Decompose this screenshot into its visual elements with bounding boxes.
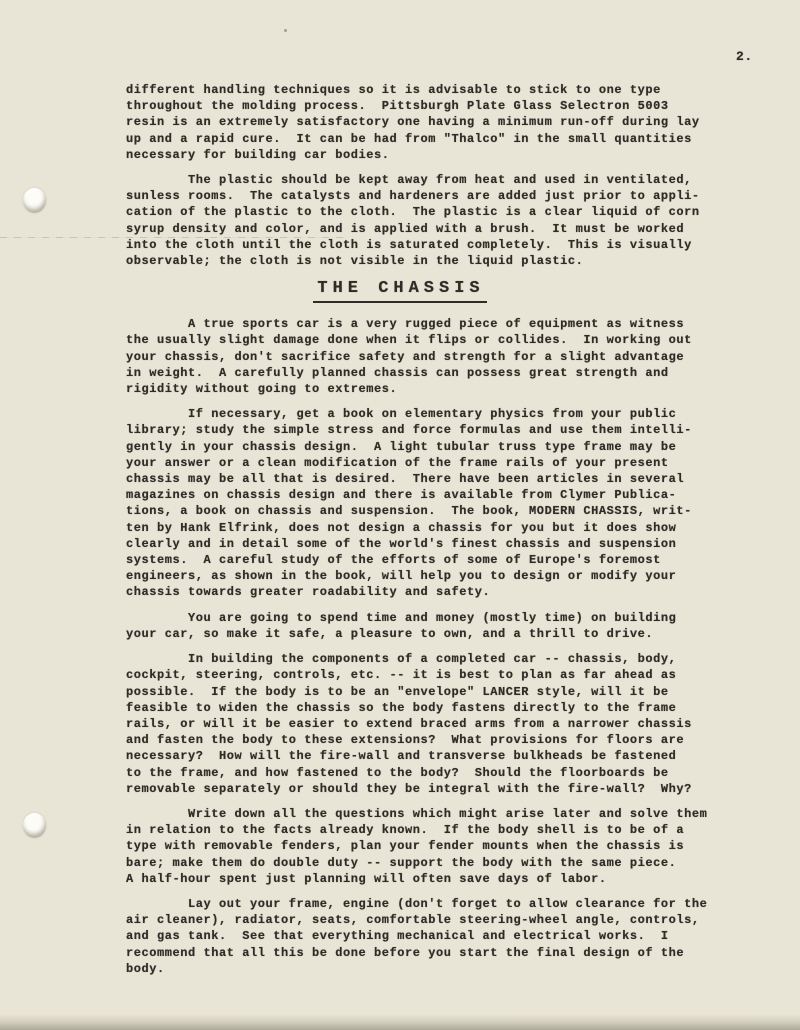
typed-line: necessary? How will the fire-wall and tr…	[126, 748, 726, 764]
typed-line: throughout the molding process. Pittsbur…	[126, 98, 726, 114]
typed-line: library; study the simple stress and for…	[126, 422, 726, 438]
typed-line: engineers, as shown in the book, will he…	[126, 568, 726, 584]
typed-line: your car, so make it safe, a pleasure to…	[126, 626, 726, 642]
paragraph: If necessary, get a book on elementary p…	[126, 406, 726, 600]
paper-bottom-edge	[0, 1014, 800, 1030]
paragraph: Write down all the questions which might…	[126, 806, 726, 887]
typed-line: possible. If the body is to be an "envel…	[126, 684, 726, 700]
typed-line: A true sports car is a very rugged piece…	[126, 316, 726, 332]
paragraph: different handling techniques so it is a…	[126, 82, 726, 163]
typed-line: to the frame, and how fastened to the bo…	[126, 765, 726, 781]
typed-line: and gas tank. See that everything mechan…	[126, 928, 726, 944]
typed-line: A half-hour spent just planning will oft…	[126, 871, 726, 887]
typed-line: magazines on chassis design and there is…	[126, 487, 726, 503]
typed-line: Lay out your frame, engine (don't forget…	[126, 896, 726, 912]
section-heading-text: THE CHASSIS	[313, 278, 486, 303]
typed-line: body.	[126, 961, 726, 977]
typed-line: tions, a book on chassis and suspension.…	[126, 503, 726, 519]
typed-line: cockpit, steering, controls, etc. -- it …	[126, 667, 726, 683]
typed-line: removable separately or should they be i…	[126, 781, 726, 797]
typed-line: rails, or will it be easier to extend br…	[126, 716, 726, 732]
typed-line: different handling techniques so it is a…	[126, 82, 726, 98]
typed-line: If necessary, get a book on elementary p…	[126, 406, 726, 422]
typed-line: into the cloth until the cloth is satura…	[126, 237, 726, 253]
typed-line: syrup density and color, and is applied …	[126, 221, 726, 237]
typed-line: cation of the plastic to the cloth. The …	[126, 204, 726, 220]
paragraph: Lay out your frame, engine (don't forget…	[126, 896, 726, 977]
typed-line: your answer or a clean modification of t…	[126, 455, 726, 471]
typed-line: up and a rapid cure. It can be had from …	[126, 131, 726, 147]
paper-speck	[284, 29, 287, 32]
typed-line: the usually slight damage done when it f…	[126, 332, 726, 348]
typed-line: In building the components of a complete…	[126, 651, 726, 667]
typed-line: air cleaner), radiator, seats, comfortab…	[126, 912, 726, 928]
section-heading: THE CHASSIS	[100, 278, 700, 303]
typed-line: observable; the cloth is not visible in …	[126, 253, 726, 269]
paragraph: You are going to spend time and money (m…	[126, 610, 726, 642]
typed-line: The plastic should be kept away from hea…	[126, 172, 726, 188]
punch-hole	[23, 188, 46, 213]
typed-line: gently in your chassis design. A light t…	[126, 439, 726, 455]
paragraph: A true sports car is a very rugged piece…	[126, 316, 726, 397]
typed-line: rigidity without going to extremes.	[126, 381, 726, 397]
paragraph: The plastic should be kept away from hea…	[126, 172, 726, 269]
typed-line: chassis may be all that is desired. Ther…	[126, 471, 726, 487]
typed-line: systems. A careful study of the efforts …	[126, 552, 726, 568]
document-page: 2. different handling techniques so it i…	[0, 0, 800, 1030]
typed-line: ten by Hank Elfrink, does not design a c…	[126, 520, 726, 536]
typed-line: necessary for building car bodies.	[126, 147, 726, 163]
typed-line: sunless rooms. The catalysts and hardene…	[126, 188, 726, 204]
typed-line: in weight. A carefully planned chassis c…	[126, 365, 726, 381]
typed-line: chassis towards greater roadability and …	[126, 584, 726, 600]
typed-line: recommend that all this be done before y…	[126, 945, 726, 961]
typed-line: feasible to widen the chassis so the bod…	[126, 700, 726, 716]
text-body: different handling techniques so it is a…	[126, 82, 726, 986]
typed-line: bare; make them do double duty -- suppor…	[126, 855, 726, 871]
typed-line: clearly and in detail some of the world'…	[126, 536, 726, 552]
typed-line: your chassis, don't sacrifice safety and…	[126, 349, 726, 365]
paper-crease	[0, 237, 345, 238]
typed-line: You are going to spend time and money (m…	[126, 610, 726, 626]
paragraph: In building the components of a complete…	[126, 651, 726, 797]
punch-hole	[23, 813, 46, 838]
typed-line: in relation to the facts already known. …	[126, 822, 726, 838]
typed-line: resin is an extremely satisfactory one h…	[126, 114, 726, 130]
page-number: 2.	[736, 49, 753, 65]
typed-line: Write down all the questions which might…	[126, 806, 726, 822]
typed-line: type with removable fenders, plan your f…	[126, 838, 726, 854]
typed-line: and fasten the body to these extensions?…	[126, 732, 726, 748]
